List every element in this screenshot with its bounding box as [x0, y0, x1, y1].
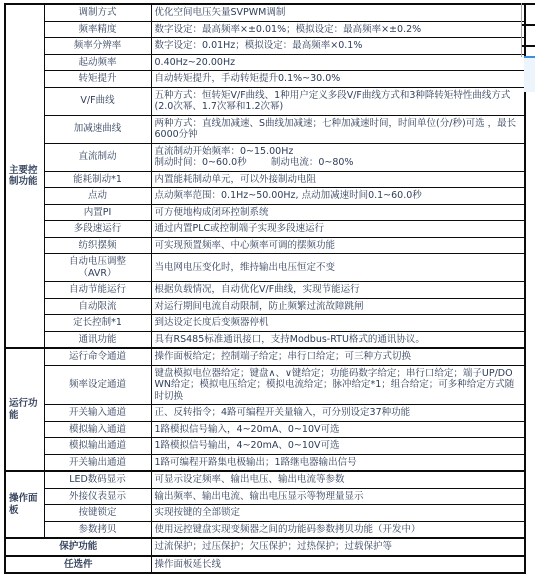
feature-name-cell: 自动限流 [44, 298, 151, 315]
feature-name-line1: 自动电压调整 [48, 256, 148, 268]
table-row: 定长控制*1到达设定长度后变频器停机 [5, 315, 525, 332]
feature-desc-cell: 使用远控键盘实现变频器之间的功能码参数拷贝功能（开发中） [151, 521, 525, 538]
feature-desc-cell: 过流保护；过压保护；欠压保护；过热保护；过载保护等 [151, 538, 525, 556]
feature-name-cell: 定长控制*1 [44, 315, 151, 332]
table-row: 起动频率0.40Hz~20.00Hz [5, 54, 525, 71]
feature-name-cell: V/F曲线 [44, 87, 151, 115]
feature-name-cell: 自动电压调整（AVR） [44, 254, 151, 282]
feature-name-cell: LED数码显示 [44, 471, 151, 488]
feature-name-cell: 模拟输出通道 [44, 438, 151, 455]
feature-name-cell: 调制方式 [44, 4, 151, 21]
category-cell: 保护功能 [5, 538, 151, 556]
feature-name-cell: 自动节能运行 [44, 282, 151, 299]
feature-name-cell: 开关输出通道 [44, 454, 151, 471]
feature-desc-cell: 1路可编程开路集电极输出；1路继电器输出信号 [151, 454, 525, 471]
feature-name-cell: 模拟输入通道 [44, 421, 151, 438]
table-row: 开关输出通道1路可编程开路集电极输出；1路继电器输出信号 [5, 454, 525, 471]
table-row: 自动电压调整（AVR）当电网电压变化时，维持输出电压恒定不变 [5, 254, 525, 282]
right-edge-highlight [524, 56, 535, 92]
table-row: 外接仪表显示输出频率、输出电流、输出电压显示等物理量显示 [5, 488, 525, 505]
feature-name-cell: 外接仪表显示 [44, 488, 151, 505]
table-row: 自动节能运行根据负载情况，自动优化V/F曲线，实现节能运行 [5, 282, 525, 299]
feature-desc-cell: 可显示设定频率、输出电压、输出电流等参数 [151, 471, 525, 488]
feature-desc-cell: 数字设定：0.01Hz；模拟设定：最高频率×0.1% [151, 38, 525, 55]
feature-name-cell: 频率精度 [44, 21, 151, 38]
category-cell: 操作面板 [5, 471, 44, 538]
feature-desc-cell: 可方便地构成闭环控制系统 [151, 204, 525, 221]
row-line-stub [521, 24, 535, 26]
feature-desc-cell: 直流制动开始频率：0~15.00Hz 制动时间：0~60.0秒 制动电流：0~8… [151, 143, 525, 171]
table-row: 内置PI可方便地构成闭环控制系统 [5, 204, 525, 221]
feature-name-cell: 多段速运行 [44, 221, 151, 238]
feature-name-cell: 直流制动 [44, 143, 151, 171]
feature-name-cell: 纺织摆频 [44, 237, 151, 254]
feature-name-line2: （AVR） [48, 268, 148, 280]
table-row: 频率精度数字设定：最高频率×±0.01%；模拟设定：最高频率×±0.2% [5, 21, 525, 38]
feature-desc-cell: 五种方式：恒转矩V/F曲线、1种用户定义多段V/F曲线方式和3种降转矩特性曲线方… [151, 87, 525, 115]
table-row: 加减速曲线两种方式：直线加减速、S曲线加减速；七种加减速时间，时间单位(分/秒)… [5, 115, 525, 143]
table-row: 运行功能运行命令通道操作面板给定；控制端子给定；串行口给定；可三种方式切换 [5, 348, 525, 365]
table-row: 主要控制功能调制方式优化空间电压矢量SVPWM调制 [5, 4, 525, 21]
row-line-stub [521, 45, 535, 47]
feature-name-cell: 按键锁定 [44, 505, 151, 522]
feature-desc-cell: 数字设定：最高频率×±0.01%；模拟设定：最高频率×±0.2% [151, 21, 525, 38]
table-row: 频率分辨率数字设定：0.01Hz；模拟设定：最高频率×0.1% [5, 38, 525, 55]
feature-desc-cell: 通过内置PLC或控制端子实现多段速运行 [151, 221, 525, 238]
table-row: 按键锁定实现按键的全部锁定 [5, 505, 525, 522]
table-row: 多段速运行通过内置PLC或控制端子实现多段速运行 [5, 221, 525, 238]
table-row: 模拟输出通道1路模拟信号输出，4~20mA、0~10V可选 [5, 438, 525, 455]
feature-desc-cell: 输出频率、输出电流、输出电压显示等物理量显示 [151, 488, 525, 505]
feature-desc-cell: 两种方式：直线加减速、S曲线加减速；七种加减速时间，时间单位(分/秒)可选 ，最… [151, 115, 525, 143]
feature-desc-cell: 0.40Hz~20.00Hz [151, 54, 525, 71]
page: 主要控制功能调制方式优化空间电压矢量SVPWM调制频率精度数字设定：最高频率×±… [0, 0, 535, 577]
feature-desc-cell: 操作面板延长线 [151, 556, 525, 574]
feature-name-cell: 点动 [44, 188, 151, 205]
table-row: 纺织摆频可实现预置频率、中心频率可调的摆频功能 [5, 237, 525, 254]
feature-name-cell: 频率设定通道 [44, 365, 151, 405]
table-row: 自动限流对运行期间电流自动限制，防止频繁过流故障跳闸 [5, 298, 525, 315]
feature-desc-cell: 根据负载情况，自动优化V/F曲线，实现节能运行 [151, 282, 525, 299]
feature-name-cell: 能耗制动*1 [44, 171, 151, 188]
feature-name-cell: 开关输入通道 [44, 405, 151, 422]
table-row: 直流制动直流制动开始频率：0~15.00Hz 制动时间：0~60.0秒 制动电流… [5, 143, 525, 171]
feature-name-cell: 运行命令通道 [44, 348, 151, 365]
table-row: 开关输入通道正、反转指令；4路可编程开关量输入，可分别设定37种功能 [5, 405, 525, 422]
feature-desc-cell: 当电网电压变化时，维持输出电压恒定不变 [151, 254, 525, 282]
table-row: V/F曲线五种方式：恒转矩V/F曲线、1种用户定义多段V/F曲线方式和3种降转矩… [5, 87, 525, 115]
row-line-stub [521, 3, 535, 5]
table-row: 通讯功能具有RS485标准通讯接口，支持Modbus-RTU格式的通讯协议。 [5, 331, 525, 348]
table-row: 操作面板LED数码显示可显示设定频率、输出电压、输出电流等参数 [5, 471, 525, 488]
feature-desc-cell: 正、反转指令；4路可编程开关量输入，可分别设定37种功能 [151, 405, 525, 422]
feature-desc-cell: 实现按键的全部锁定 [151, 505, 525, 522]
feature-name-cell: 加减速曲线 [44, 115, 151, 143]
table-row: 转矩提升自动转矩提升，手动转矩提升0.1%~30.0% [5, 71, 525, 88]
table-row: 能耗制动*1内置能耗制动单元，可以外接制动电阻 [5, 171, 525, 188]
feature-desc-cell: 操作面板给定；控制端子给定；串行口给定；可三种方式切换 [151, 348, 525, 365]
feature-name-cell: 转矩提升 [44, 71, 151, 88]
feature-name-cell: 起动频率 [44, 54, 151, 71]
table-row: 参数拷贝使用远控键盘实现变频器之间的功能码参数拷贝功能（开发中） [5, 521, 525, 538]
feature-desc-cell: 自动转矩提升，手动转矩提升0.1%~30.0% [151, 71, 525, 88]
feature-desc-cell: 1路模拟信号输出，4~20mA、0~10V可选 [151, 438, 525, 455]
feature-desc-cell: 具有RS485标准通讯接口，支持Modbus-RTU格式的通讯协议。 [151, 331, 525, 348]
category-cell: 运行功能 [5, 348, 44, 471]
spec-table: 主要控制功能调制方式优化空间电压矢量SVPWM调制频率精度数字设定：最高频率×±… [4, 3, 526, 574]
feature-name-cell: 内置PI [44, 204, 151, 221]
feature-name-cell: 频率分辨率 [44, 38, 151, 55]
table-row: 模拟输入通道1路模拟信号输入，4~20mA、0~10V可选 [5, 421, 525, 438]
feature-name-cell: 参数拷贝 [44, 521, 151, 538]
feature-desc-cell: 可实现预置频率、中心频率可调的摆频功能 [151, 237, 525, 254]
feature-desc-cell: 到达设定长度后变频器停机 [151, 315, 525, 332]
edge-divider-line [521, 3, 522, 57]
table-row: 频率设定通道键盘模拟电位器给定；键盘∧、∨键给定；功能码数字给定；串行口给定；端… [5, 365, 525, 405]
feature-desc-cell: 内置能耗制动单元，可以外接制动电阻 [151, 171, 525, 188]
category-cell: 任选件 [5, 556, 151, 574]
table-row: 点动点动频率范围：0.1Hz~50.00Hz, 点动加减速时间0.1~60.0秒 [5, 188, 525, 205]
feature-desc-cell: 键盘模拟电位器给定；键盘∧、∨键给定；功能码数字给定；串行口给定；端子UP/DO… [151, 365, 525, 405]
table-row: 保护功能过流保护；过压保护；欠压保护；过热保护；过载保护等 [5, 538, 525, 556]
feature-desc-cell: 优化空间电压矢量SVPWM调制 [151, 4, 525, 21]
feature-desc-cell: 对运行期间电流自动限制，防止频繁过流故障跳闸 [151, 298, 525, 315]
category-cell: 主要控制功能 [5, 4, 44, 348]
table-row: 任选件操作面板延长线 [5, 556, 525, 574]
feature-desc-cell: 1路模拟信号输入，4~20mA、0~10V可选 [151, 421, 525, 438]
feature-name-cell: 通讯功能 [44, 331, 151, 348]
feature-desc-cell: 点动频率范围：0.1Hz~50.00Hz, 点动加减速时间0.1~60.0秒 [151, 188, 525, 205]
